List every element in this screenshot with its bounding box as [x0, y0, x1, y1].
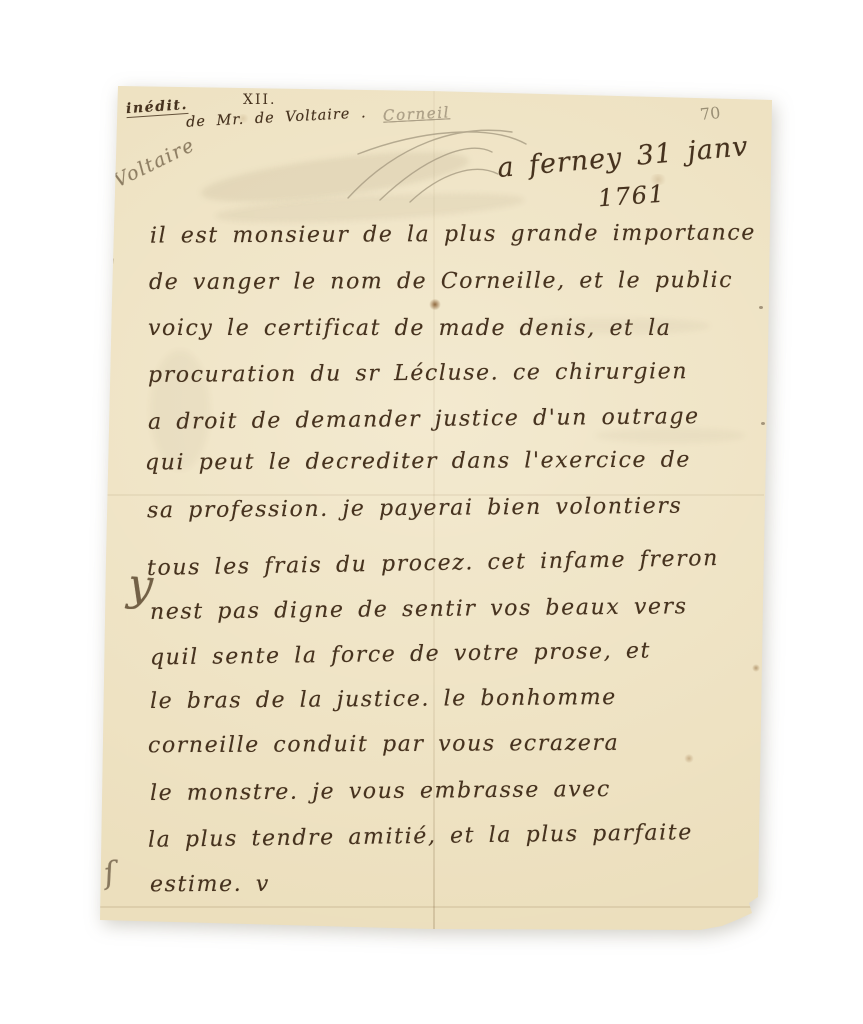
ink-bleed-dot	[759, 306, 763, 309]
showthrough-smudge	[595, 428, 745, 443]
manuscript-line: la plus tendre amitié, et la plus parfai…	[148, 820, 693, 853]
manuscript-line: procuration du sr Lécluse. ce chirurgien	[148, 359, 688, 388]
manuscript-line: corneille conduit par vous ecrazera	[148, 731, 619, 758]
foxing-spot	[429, 299, 441, 310]
corner-flick-mark: ſ	[102, 855, 119, 891]
letter-page: inédit. XII. de Mr. de Voltaire . Cornei…	[0, 0, 863, 1024]
folio-number: 70	[699, 103, 721, 124]
manuscript-line: le bras de la justice. le bonhomme	[150, 685, 617, 714]
series-number: XII.	[243, 92, 276, 108]
pencil-author-name: Voltaire	[110, 134, 198, 192]
paper-shadow: inédit. XII. de Mr. de Voltaire . Cornei…	[0, 0, 863, 1024]
manuscript-line: voicy le certificat de made denis, et la	[148, 316, 671, 341]
pencil-number-top: 16	[97, 244, 114, 260]
manuscript-line: qui peut le decrediter dans l'exercice d…	[145, 448, 691, 476]
manuscript-line: estime. v	[150, 872, 270, 897]
ink-bleed-dot	[761, 422, 765, 425]
letter-photograph: inédit. XII. de Mr. de Voltaire . Cornei…	[0, 0, 863, 1024]
manuscript-line: nest pas digne de sentir vos beaux vers	[150, 594, 688, 625]
bottom-fold-crease	[100, 906, 758, 908]
manuscript-line: de vanger le nom de Corneille, et le pub…	[149, 268, 733, 295]
manuscript-line: il est monsieur de la plus grande import…	[150, 220, 756, 248]
dateline-year: 1761	[597, 180, 666, 213]
manuscript-line: tous les frais du procez. cet infame fre…	[147, 546, 719, 581]
foxing-spot	[684, 754, 694, 763]
foxing-spot	[752, 664, 760, 672]
dateline-place-day: a ferney 31 janv	[496, 131, 750, 184]
pencil-number-bottom: 17	[102, 258, 117, 272]
manuscript-line: quil sente la force de votre prose, et	[150, 639, 651, 671]
manuscript-line: sa profession. je payerai bien volontier…	[147, 494, 682, 524]
inedit-annotation: inédit.	[125, 97, 188, 118]
manuscript-line: le monstre. je vous embrasse avec	[150, 777, 611, 806]
